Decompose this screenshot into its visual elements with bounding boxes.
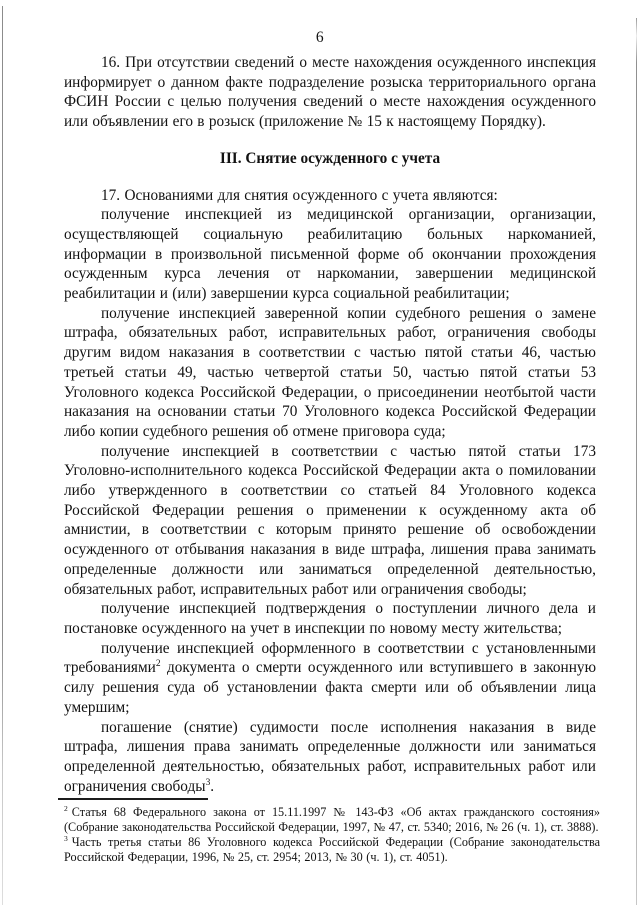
paragraph: получение инспекцией в соответствии с ча… xyxy=(64,442,596,600)
text-run: 16. При отсутствии сведений о месте нахо… xyxy=(64,54,596,130)
paragraph: получение инспекцией из медицинской орга… xyxy=(64,205,596,304)
paragraph: получение инспекцией оформленного в соот… xyxy=(64,639,596,718)
paragraph: погашение (снятие) судимости после испол… xyxy=(64,718,596,797)
footnotes-section: 2Статья 68 Федерального закона от 15.11.… xyxy=(64,798,600,865)
text-run: погашение (снятие) судимости после испол… xyxy=(64,719,596,795)
text-run: получение инспекцией подтверждения о пос… xyxy=(64,600,596,637)
text-run: . xyxy=(210,778,214,795)
footnote: 3Часть третья статьи 86 Уголовного кодек… xyxy=(64,835,600,865)
section-heading: III. Снятие осужденного с учета xyxy=(64,149,596,169)
text-run: получение инспекцией в соответствии с ча… xyxy=(64,443,596,598)
text-run: получение инспекцией заверенной копии су… xyxy=(64,305,596,440)
paragraph: получение инспекцией заверенной копии су… xyxy=(64,304,596,442)
text-run: 17. Основаниями для снятия осужденного с… xyxy=(101,187,498,204)
paragraph: 16. При отсутствии сведений о месте нахо… xyxy=(64,53,596,132)
text-run: III. Снятие осужденного с учета xyxy=(220,150,440,167)
footnote-text: Статья 68 Федерального закона от 15.11.1… xyxy=(64,805,600,834)
page-number: 6 xyxy=(0,29,640,47)
footnote-separator xyxy=(58,798,208,800)
footnote-text: Часть третья статьи 86 Уголовного кодекс… xyxy=(64,835,600,864)
document-body: 16. При отсутствии сведений о месте нахо… xyxy=(64,53,596,796)
scan-edge-right-line xyxy=(636,18,637,905)
paragraph: 17. Основаниями для снятия осужденного с… xyxy=(64,186,596,206)
scan-edge-left-line xyxy=(2,6,3,905)
paragraph: получение инспекцией подтверждения о пос… xyxy=(64,599,596,638)
footnote-marker: 2 xyxy=(64,804,68,813)
document-page: 6 16. При отсутствии сведений о месте на… xyxy=(0,0,640,905)
footnote: 2Статья 68 Федерального закона от 15.11.… xyxy=(64,805,600,835)
footnotes-list: 2Статья 68 Федерального закона от 15.11.… xyxy=(64,805,600,865)
footnote-marker: 3 xyxy=(64,834,68,843)
text-run: получение инспекцией из медицинской орга… xyxy=(64,206,596,302)
